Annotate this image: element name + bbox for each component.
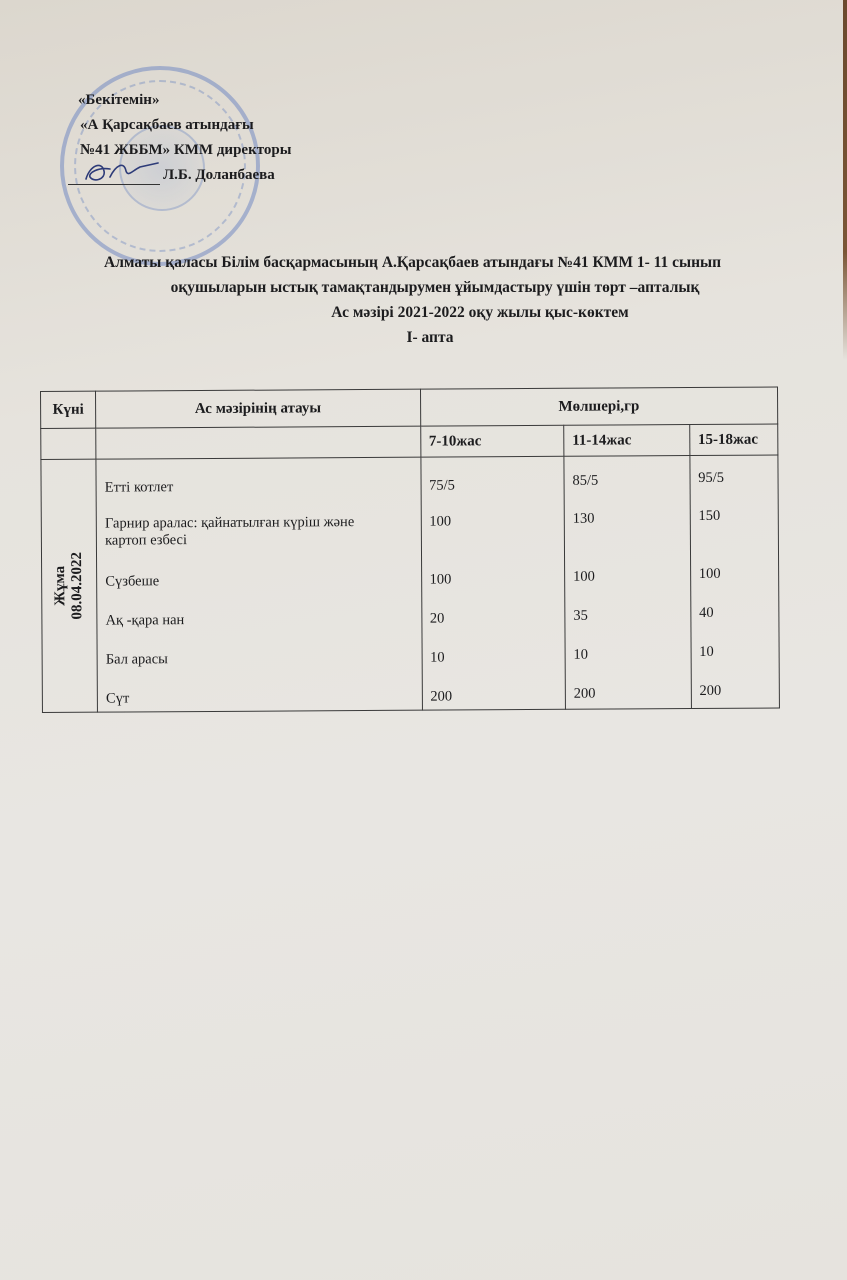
menu-table-container: Күні Ас мәзірінің атауы Мөлшері,гр 7-10ж… xyxy=(40,386,780,713)
empty-cell xyxy=(96,426,421,459)
value: 100 xyxy=(699,566,770,583)
value: 150 xyxy=(698,508,769,525)
value: 85/5 xyxy=(572,472,681,490)
dish-item: Сүзбеше xyxy=(105,572,412,591)
value: 200 xyxy=(574,685,683,703)
day-row: Жұма 08.04.2022 Етті котлет Гарнир арала… xyxy=(41,455,780,712)
dish-item: Ақ -қара нан xyxy=(106,611,413,630)
title-line-3: Ас мәзірі 2021-2022 оқу жылы қыс-көктем xyxy=(160,300,800,325)
values-11-14: 85/5 130 100 35 10 200 xyxy=(564,456,691,710)
menu-table: Күні Ас мәзірінің атауы Мөлшері,гр 7-10ж… xyxy=(40,386,780,713)
value: 100 xyxy=(430,571,557,589)
dish-item: Гарнир аралас: қайнатылған күріш және xyxy=(105,514,412,533)
value: 40 xyxy=(699,605,770,622)
value: 20 xyxy=(430,610,557,628)
value: 10 xyxy=(699,644,770,661)
dish-item: Сүт xyxy=(106,689,413,708)
day-date: 08.04.2022 xyxy=(69,552,86,620)
value: 75/5 xyxy=(429,477,556,495)
header-dish: Ас мәзірінің атауы xyxy=(96,389,421,428)
value: 200 xyxy=(430,688,557,706)
empty-cell xyxy=(41,428,96,459)
day-cell: Жұма 08.04.2022 xyxy=(41,459,98,712)
approval-school: «А Қарсақбаев атындағы xyxy=(78,113,291,138)
dish-item: Бал арасы xyxy=(106,650,413,669)
age-group-3: 15-18жас xyxy=(689,424,778,456)
approval-heading: «Бекітемін» xyxy=(78,88,291,113)
signature-icon xyxy=(80,157,162,187)
approval-signatory: Л.Б. Доланбаева xyxy=(78,163,291,188)
dish-item-continued: картоп езбесі xyxy=(105,531,412,550)
dish-item: Етті котлет xyxy=(105,478,412,497)
director-name: Л.Б. Доланбаева xyxy=(163,167,275,183)
header-amount: Мөлшері,гр xyxy=(420,387,778,426)
header-row: Күні Ас мәзірінің атауы Мөлшері,гр xyxy=(41,387,778,429)
value: 100 xyxy=(429,513,556,531)
value: 35 xyxy=(573,607,682,625)
day-name: Жұма xyxy=(52,552,69,620)
value: 130 xyxy=(573,510,682,528)
values-15-18: 95/5 150 100 40 10 200 xyxy=(690,455,780,709)
age-group-row: 7-10жас 11-14жас 15-18жас xyxy=(41,424,778,460)
title-line-1: Алматы қаласы Білім басқармасының А.Қарс… xyxy=(100,250,800,275)
value: 100 xyxy=(573,568,682,586)
header-day: Күні xyxy=(41,391,96,428)
values-7-10: 75/5 100 100 20 10 200 xyxy=(420,456,565,710)
document-title-block: Алматы қаласы Білім басқармасының А.Қарс… xyxy=(100,250,800,350)
value: 10 xyxy=(430,649,557,667)
dish-list: Етті котлет Гарнир аралас: қайнатылған к… xyxy=(96,457,422,712)
title-line-2: оқушыларын ыстық тамақтандырумен ұйымдас… xyxy=(70,275,800,300)
approval-block: «Бекітемін» «А Қарсақбаев атындағы №41 Ж… xyxy=(78,88,291,188)
age-group-2: 11-14жас xyxy=(564,425,690,457)
week-label: I- апта xyxy=(60,325,800,350)
age-group-1: 7-10жас xyxy=(420,425,564,457)
signature-line xyxy=(68,184,160,185)
value: 200 xyxy=(699,683,770,700)
value: 95/5 xyxy=(698,470,769,487)
value: 10 xyxy=(573,646,682,664)
day-label: Жұма 08.04.2022 xyxy=(52,552,86,620)
paper-edge xyxy=(843,0,847,360)
